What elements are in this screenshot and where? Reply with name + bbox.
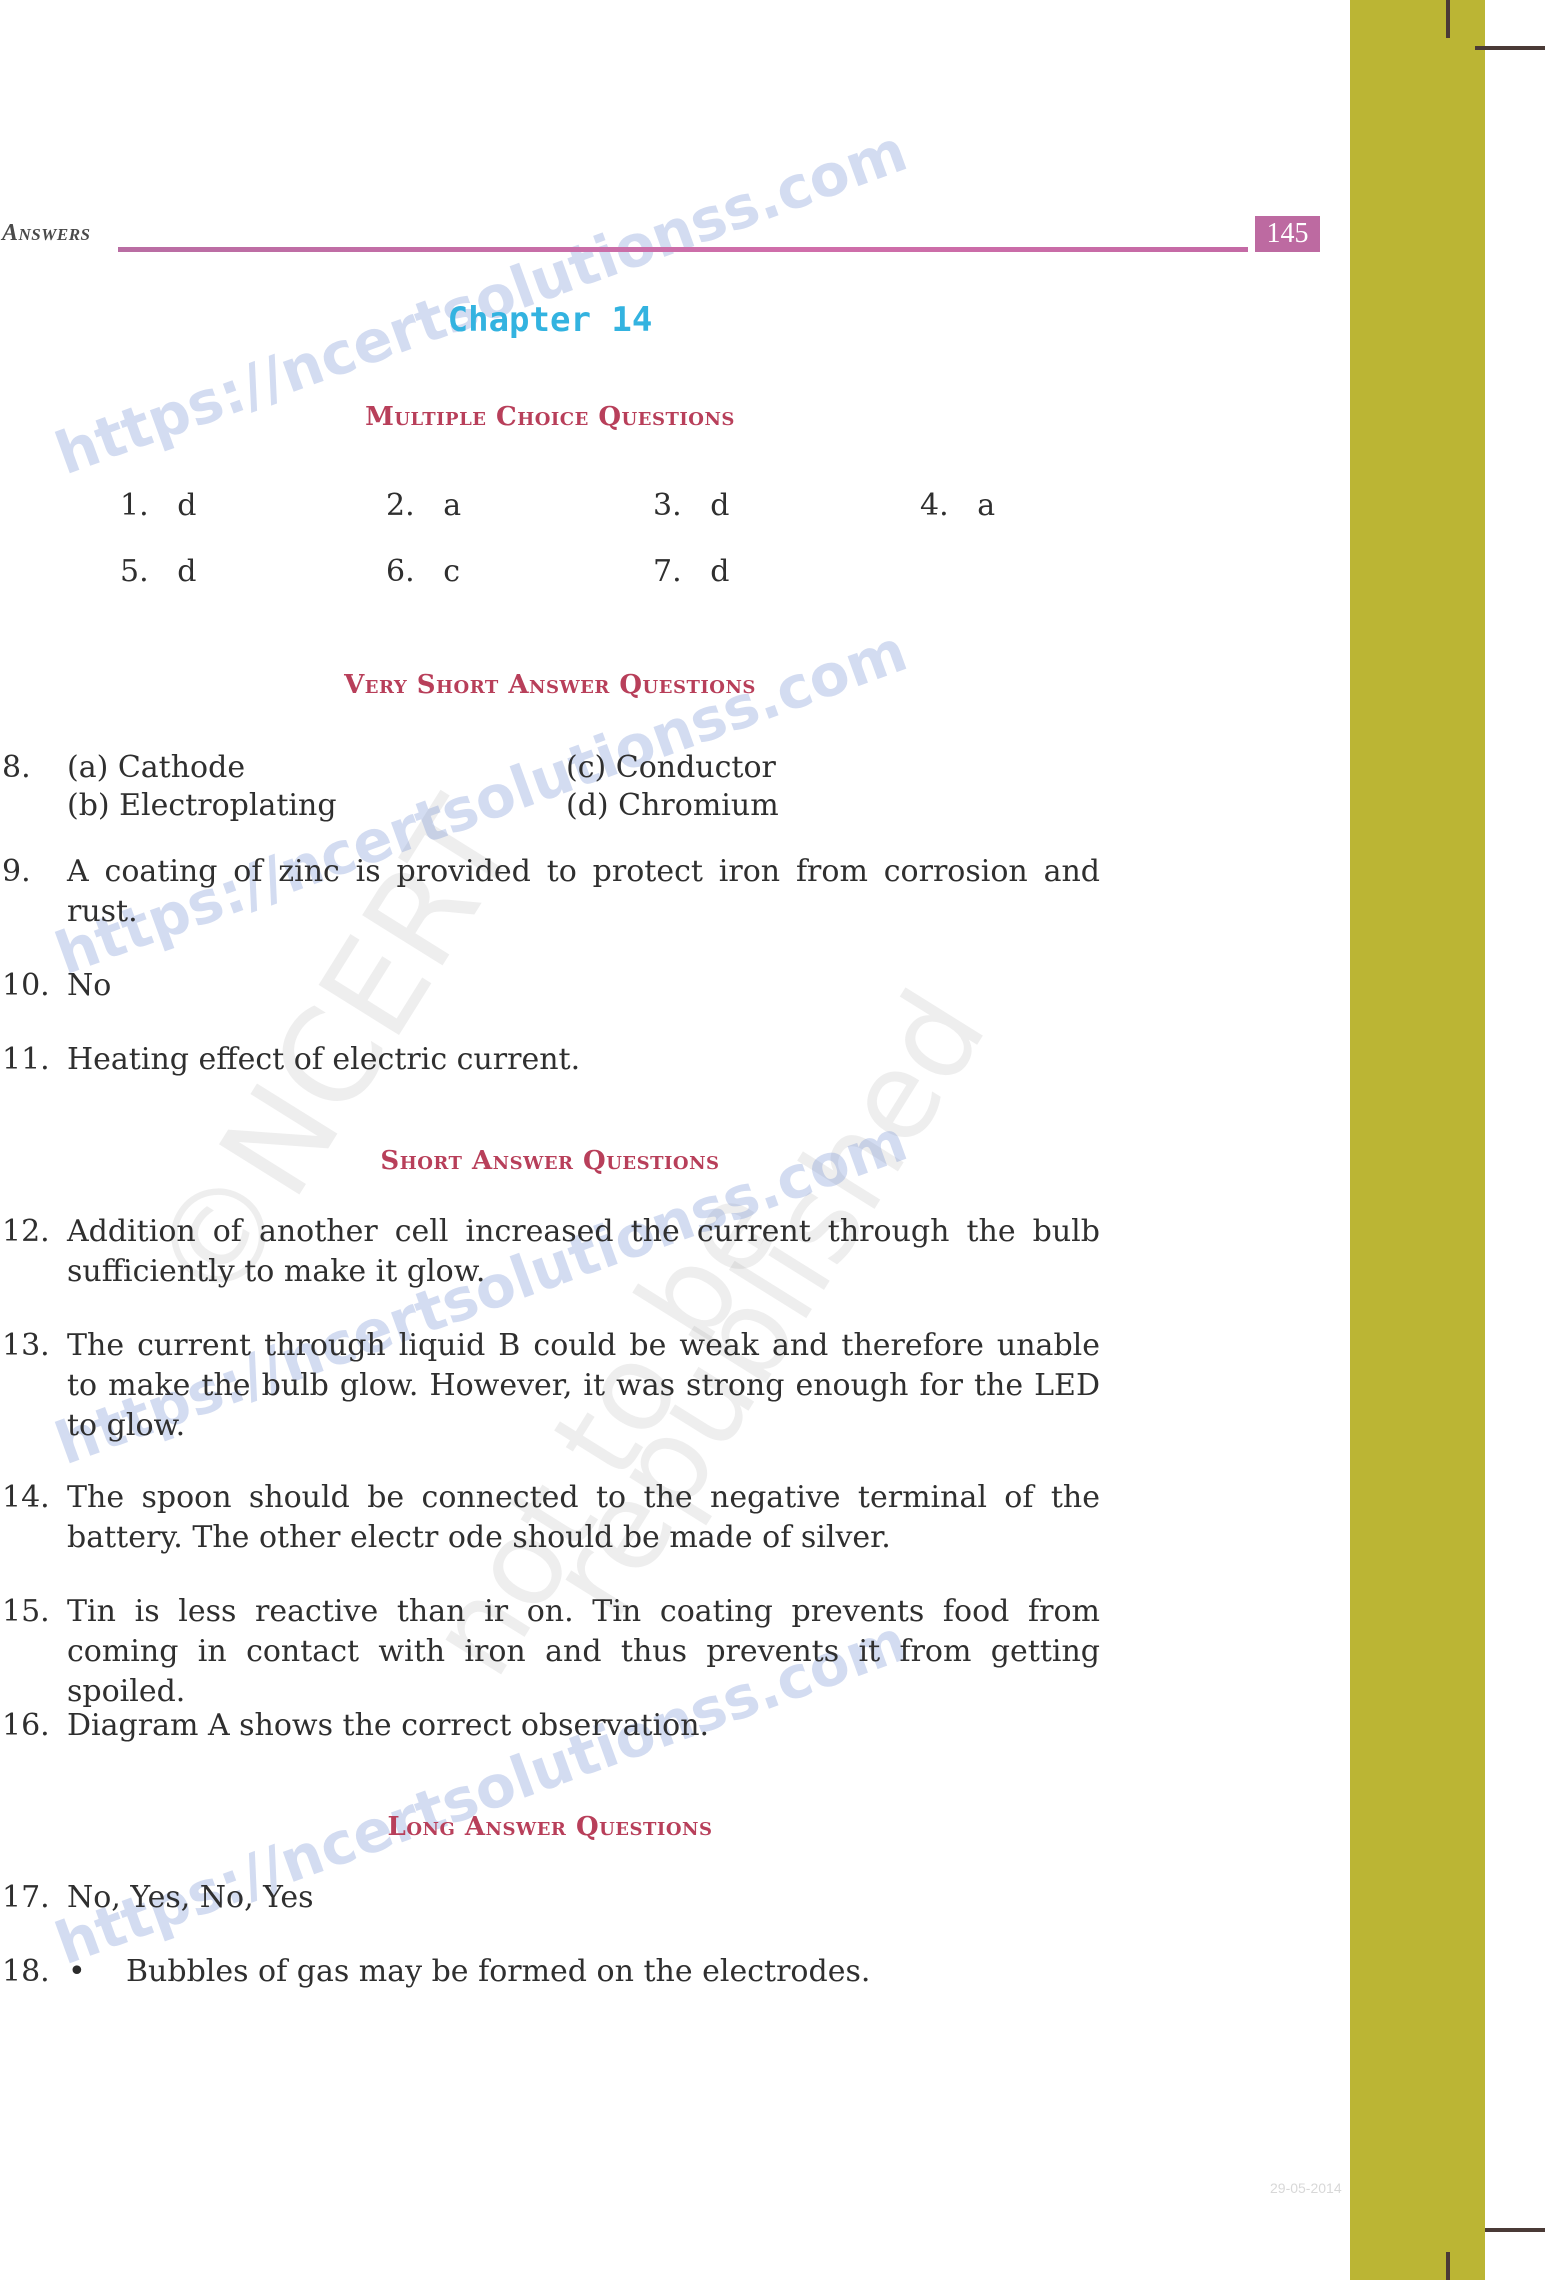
answer-option-a: (a) Cathode bbox=[67, 748, 245, 788]
question-number: 15. bbox=[2, 1592, 50, 1632]
header-rule bbox=[118, 247, 1248, 252]
bullet-icon: • bbox=[68, 1952, 86, 1992]
answer-text: Diagram A shows the correct observation. bbox=[67, 1706, 1100, 1746]
mcq-answer: 3. d bbox=[653, 486, 729, 526]
mcq-answer: 4. a bbox=[920, 486, 995, 526]
question-number: 16. bbox=[2, 1706, 50, 1746]
question-number: 18. bbox=[2, 1952, 50, 1992]
question-number: 12. bbox=[2, 1212, 50, 1252]
side-color-bar bbox=[1350, 0, 1485, 2280]
answer-option-c: (c) Conductor bbox=[566, 748, 776, 788]
answer-text: Addition of another cell increased the c… bbox=[67, 1212, 1100, 1292]
question-number: 13. bbox=[2, 1326, 50, 1366]
crop-mark-bottom-vertical bbox=[1446, 2252, 1450, 2280]
answer-text: The current through liquid B could be we… bbox=[67, 1326, 1100, 1446]
answer-option-b: (b) Electroplating bbox=[67, 786, 337, 826]
answer-text: A coating of zinc is provided to protect… bbox=[67, 852, 1100, 932]
question-number: 17. bbox=[2, 1878, 50, 1918]
answer-text: No, Yes, No, Yes bbox=[67, 1878, 1100, 1918]
mcq-answer: 1. d bbox=[120, 486, 196, 526]
running-header-label: Answers bbox=[2, 220, 91, 247]
page-number: 145 bbox=[1255, 216, 1320, 252]
answer-text: Bubbles of gas may be formed on the elec… bbox=[126, 1952, 870, 1992]
mcq-answer: 7. d bbox=[653, 552, 729, 592]
section-title-short: Short Answer Questions bbox=[0, 1146, 1100, 1176]
answer-text: Heating effect of electric current. bbox=[67, 1040, 1100, 1080]
crop-mark-top-horizontal bbox=[1475, 46, 1545, 50]
mcq-answer: 5. d bbox=[120, 552, 196, 592]
section-title-mcq: Multiple Choice Questions bbox=[0, 402, 1100, 432]
footer-date: 29-05-2014 bbox=[1270, 2180, 1342, 2196]
mcq-answer: 2. a bbox=[386, 486, 461, 526]
answer-text: No bbox=[67, 966, 1100, 1006]
question-number: 11. bbox=[2, 1040, 50, 1080]
crop-mark-top-vertical bbox=[1446, 0, 1450, 38]
question-number: 10. bbox=[2, 966, 50, 1006]
question-number: 9. bbox=[2, 852, 31, 892]
crop-mark-bottom-horizontal bbox=[1485, 2228, 1545, 2232]
section-title-long: Long Answer Questions bbox=[0, 1812, 1100, 1842]
question-number: 14. bbox=[2, 1478, 50, 1518]
chapter-title: Chapter 14 bbox=[0, 300, 1100, 340]
section-title-very-short: Very Short Answer Questions bbox=[0, 670, 1100, 700]
mcq-answer: 6. c bbox=[386, 552, 460, 592]
question-number: 8. bbox=[2, 748, 31, 788]
answer-text: The spoon should be connected to the neg… bbox=[67, 1478, 1100, 1558]
answer-option-d: (d) Chromium bbox=[566, 786, 779, 826]
answer-text: Tin is less reactive than ir on. Tin coa… bbox=[67, 1592, 1100, 1712]
